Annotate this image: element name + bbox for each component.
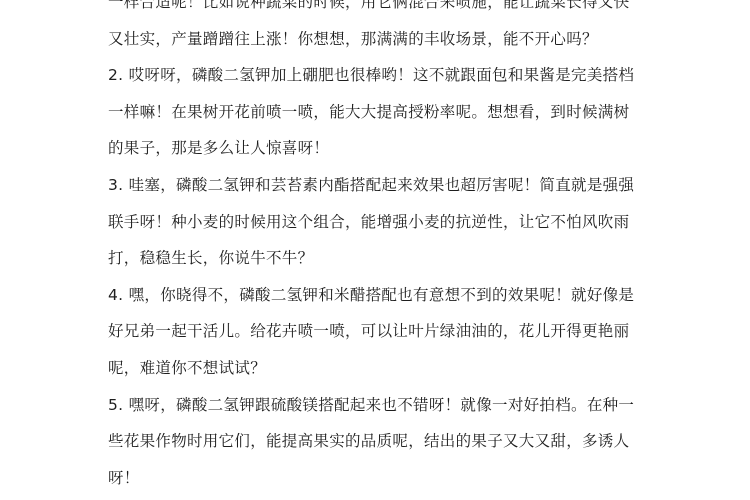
text-line: 些花果作物时用它们，能提高果实的品质呢，结出的果子又大又甜，多诱人 [108,423,648,460]
text-line: 5. 嘿呀，磷酸二氢钾跟硫酸镁搭配起来也不错呀！就像一对好拍档。在种一 [108,387,648,424]
text-line: 呀！ [108,460,648,497]
text-line: 一样合适呢！比如说种蔬菜的时候，用它俩混合来喷施，能让蔬菜长得又快 [108,0,648,21]
text-line: 一样嘛！在果树开花前喷一喷，能大大提高授粉率呢。想想看，到时候满树 [108,94,648,131]
document-page: 一样合适呢！比如说种蔬菜的时候，用它俩混合来喷施，能让蔬菜长得又快 又壮实，产量… [0,0,750,500]
text-line: 联手呀！种小麦的时候用这个组合，能增强小麦的抗逆性，让它不怕风吹雨 [108,204,648,241]
text-line: 又壮实，产量蹭蹭往上涨！你想想，那满满的丰收场景，能不开心吗？ [108,21,648,58]
document-body: 一样合适呢！比如说种蔬菜的时候，用它俩混合来喷施，能让蔬菜长得又快 又壮实，产量… [108,0,648,496]
text-line: 的果子，那是多么让人惊喜呀！ [108,130,648,167]
text-line: 呢，难道你不想试试？ [108,350,648,387]
text-line: 3. 哇塞，磷酸二氢钾和芸苔素内酯搭配起来效果也超厉害呢！简直就是强强 [108,167,648,204]
text-line: 好兄弟一起干活儿。给花卉喷一喷，可以让叶片绿油油的，花儿开得更艳丽 [108,313,648,350]
text-line: 4. 嘿，你晓得不，磷酸二氢钾和米醋搭配也有意想不到的效果呢！就好像是 [108,277,648,314]
text-line: 2. 哎呀呀，磷酸二氢钾加上硼肥也很棒哟！这不就跟面包和果酱是完美搭档 [108,57,648,94]
text-line: 打，稳稳生长，你说牛不牛？ [108,240,648,277]
